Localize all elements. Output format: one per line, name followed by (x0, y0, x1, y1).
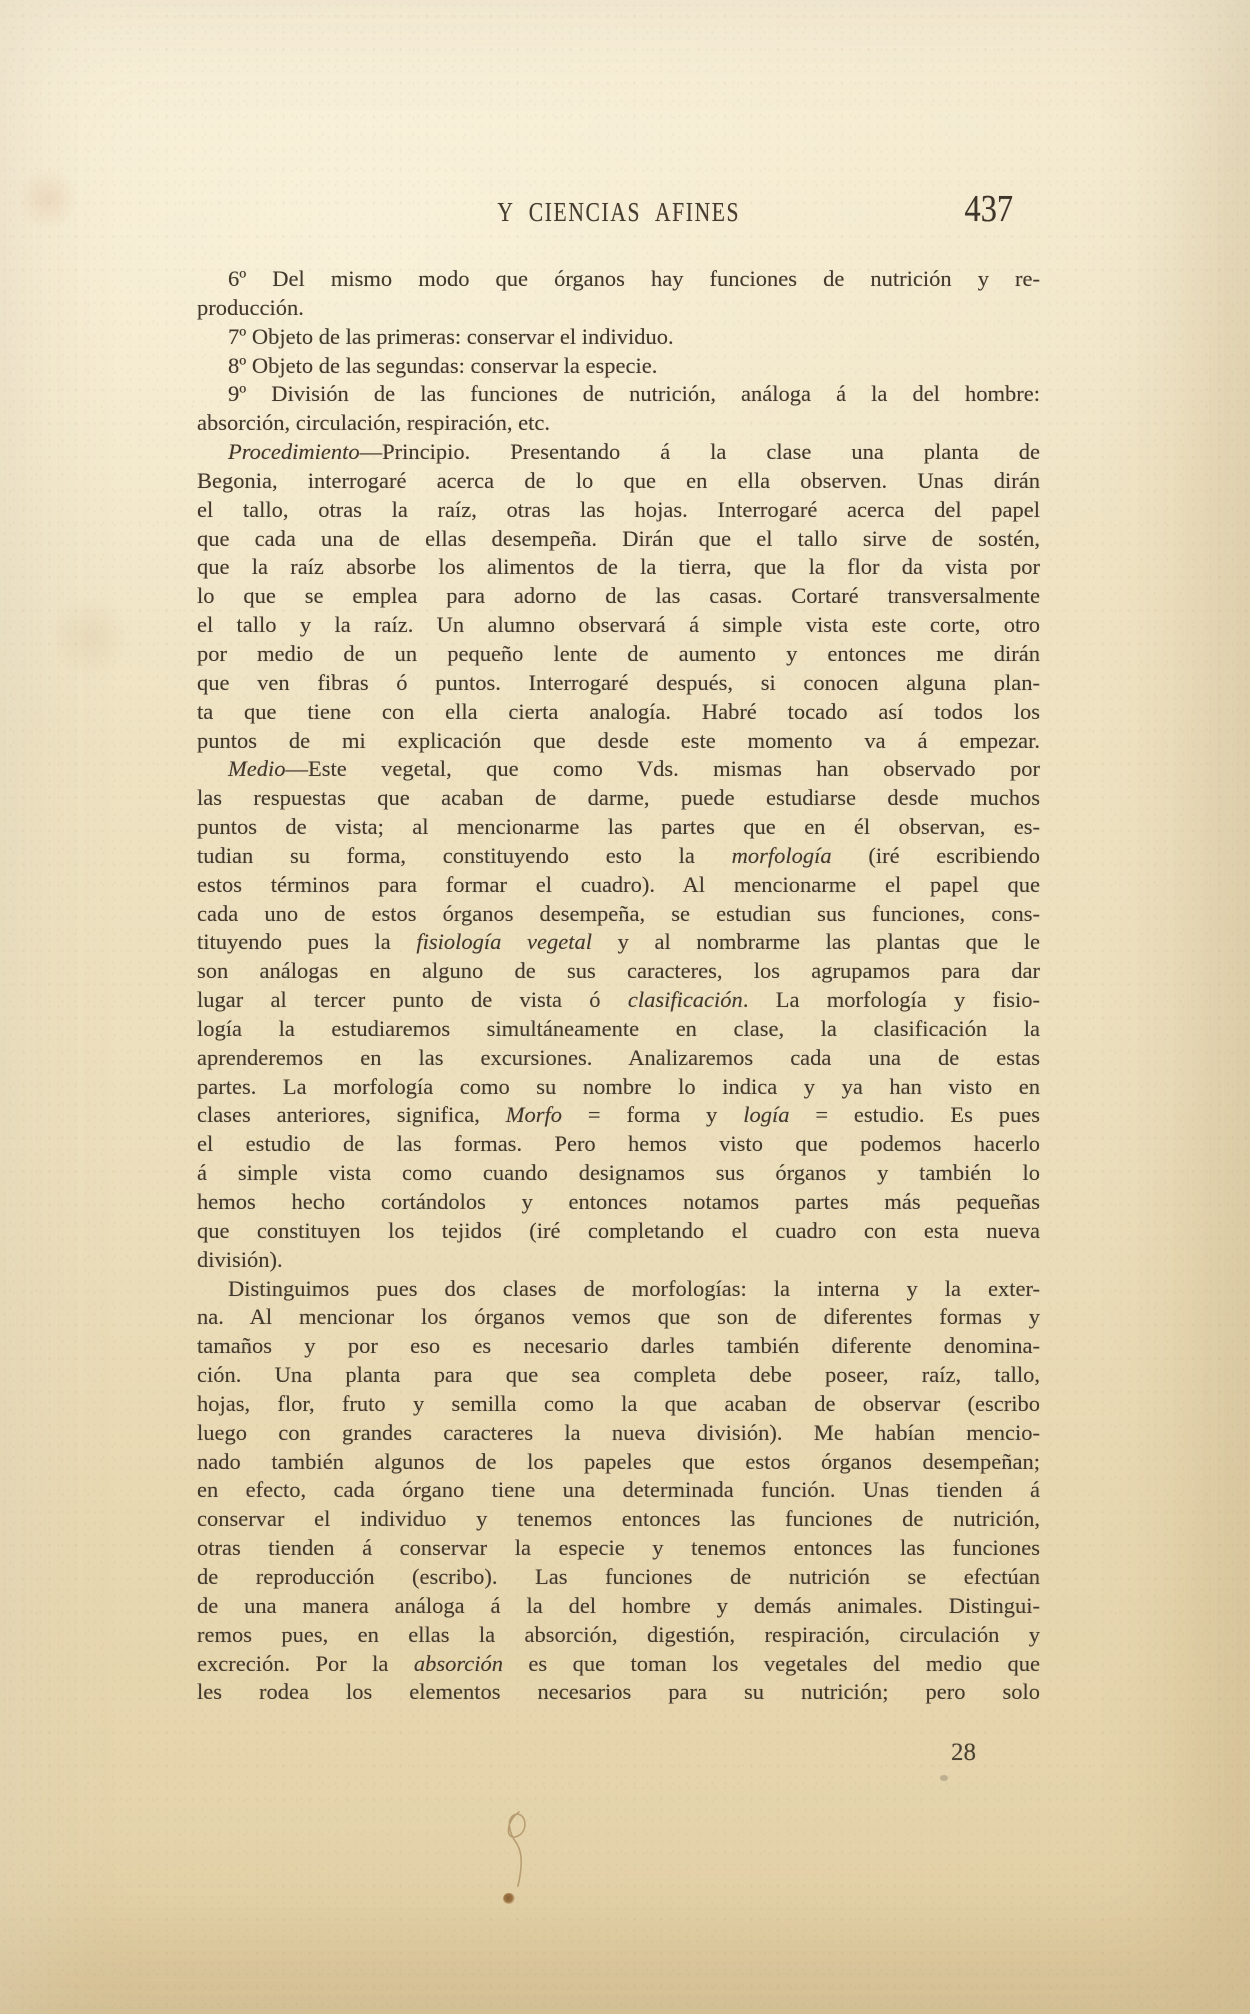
text-line: de una manera análoga á la del hombre y … (197, 1592, 1040, 1621)
text-run: por medio de un pequeño lente de aumento… (197, 641, 1040, 666)
text-run: 6º Del mismo modo que órganos hay funcio… (228, 266, 1040, 291)
text-run: Begonia, interrogaré acerca de lo que en… (197, 468, 1040, 493)
text-line: excreción. Por la absorción es que toman… (197, 1650, 1040, 1679)
paragraph: Medio—Este vegetal, que como Vds. mismas… (197, 755, 1040, 1274)
text-line: son análogas en alguno de sus caracteres… (197, 957, 1040, 986)
text-line: cada uno de estos órganos desempeña, se … (197, 900, 1040, 929)
pencil-squiggle-mark (495, 1806, 537, 1902)
text-line: por medio de un pequeño lente de aumento… (197, 640, 1040, 669)
running-title: Y CIENCIAS AFINES (197, 197, 1040, 232)
text-run: hojas, flor, fruto y semilla como la que… (197, 1391, 1040, 1416)
text-line: luego con grandes caracteres la nueva di… (197, 1419, 1040, 1448)
text-line: 8º Objeto de las segundas: conservar la … (197, 352, 1040, 381)
text-run: na. Al mencionar los órganos vemos que s… (197, 1304, 1040, 1329)
text-line: estos términos para formar el cuadro). A… (197, 871, 1040, 900)
italic-run: Morfo (506, 1102, 562, 1127)
text-run: hemos hecho cortándolos y entonces notam… (197, 1189, 1040, 1214)
text-run: conservar el individuo y tenemos entonce… (197, 1506, 1040, 1531)
italic-run: fisiología vegetal (416, 929, 592, 954)
text-line: lugar al tercer punto de vista ó clasifi… (197, 986, 1040, 1015)
text-line: el estudio de las formas. Pero hemos vis… (197, 1130, 1040, 1159)
paragraph: 7º Objeto de las primeras: conservar el … (197, 323, 1040, 352)
text-line: conservar el individuo y tenemos entonce… (197, 1505, 1040, 1534)
text-line: de reproducción (escribo). Las funciones… (197, 1563, 1040, 1592)
ink-spot (503, 1893, 515, 1904)
text-line: producción. (197, 294, 1040, 323)
text-line: aprenderemos en las excursiones. Analiza… (197, 1044, 1040, 1073)
text-line: Procedimiento—Principio. Presentando á l… (197, 438, 1040, 467)
body-text: 6º Del mismo modo que órganos hay funcio… (197, 265, 1040, 1707)
text-run: ción. Una planta para que sea completa d… (197, 1362, 1040, 1387)
text-line: puntos de mi explicación que desde este … (197, 727, 1040, 756)
text-run: de una manera análoga á la del hombre y … (197, 1593, 1040, 1618)
text-run: el tallo, otras la raíz, otras las hojas… (197, 497, 1040, 522)
text-run: que constituyen los tejidos (iré complet… (197, 1218, 1040, 1243)
text-line: en efecto, cada órgano tiene una determi… (197, 1476, 1040, 1505)
text-line: absorción, circulación, respiración, etc… (197, 409, 1040, 438)
paper-fleck (940, 1775, 948, 1781)
text-run: = estudio. Es pues (789, 1102, 1040, 1127)
text-run: y al nombrarme las plantas que le (592, 929, 1040, 954)
italic-run: Procedimiento (228, 439, 360, 464)
text-run: clases anteriores, significa, (197, 1102, 506, 1127)
text-run: el tallo y la raíz. Un alumno observará … (197, 612, 1040, 637)
text-run: nado también algunos de los papeles que … (197, 1449, 1040, 1474)
text-run: que ven fibras ó puntos. Interrogaré des… (197, 670, 1040, 695)
paragraph: 9º División de las funciones de nutrició… (197, 380, 1040, 438)
text-run: Distinguimos pues dos clases de morfolog… (228, 1276, 1040, 1301)
text-run: son análogas en alguno de sus caracteres… (197, 958, 1040, 983)
text-run: 7º Objeto de las primeras: conservar el … (228, 324, 674, 349)
text-line: el tallo, otras la raíz, otras las hojas… (197, 496, 1040, 525)
text-line: logía la estudiaremos simultáneamente en… (197, 1015, 1040, 1044)
text-run: puntos de vista; al mencionarme las part… (197, 814, 1040, 839)
text-run: el estudio de las formas. Pero hemos vis… (197, 1131, 1040, 1156)
text-run: tudian su forma, constituyendo esto la (197, 843, 732, 868)
paragraph: 6º Del mismo modo que órganos hay funcio… (197, 265, 1040, 323)
italic-run: absorción (414, 1651, 503, 1676)
text-run: aprenderemos en las excursiones. Analiza… (197, 1045, 1040, 1070)
text-line: Distinguimos pues dos clases de morfolog… (197, 1275, 1040, 1304)
text-run: tituyendo pues la (197, 929, 416, 954)
text-line: na. Al mencionar los órganos vemos que s… (197, 1303, 1040, 1332)
running-title-text: Y CIENCIAS AFINES (497, 197, 740, 227)
text-run: otras tienden á conservar la especie y t… (197, 1535, 1040, 1560)
text-line: otras tienden á conservar la especie y t… (197, 1534, 1040, 1563)
signature-mark: 28 (951, 1740, 976, 1765)
text-run: les rodea los elementos necesarios para … (197, 1679, 1040, 1704)
italic-run: morfología (732, 843, 832, 868)
text-run: excreción. Por la (197, 1651, 414, 1676)
text-line: hemos hecho cortándolos y entonces notam… (197, 1188, 1040, 1217)
text-line: Begonia, interrogaré acerca de lo que en… (197, 467, 1040, 496)
text-line: hojas, flor, fruto y semilla como la que… (197, 1390, 1040, 1419)
text-line: nado también algunos de los papeles que … (197, 1448, 1040, 1477)
italic-run: Medio (228, 756, 285, 781)
text-run: luego con grandes caracteres la nueva di… (197, 1420, 1040, 1445)
text-line: Medio—Este vegetal, que como Vds. mismas… (197, 755, 1040, 784)
text-line: que ven fibras ó puntos. Interrogaré des… (197, 669, 1040, 698)
text-run: . La morfología y fisio- (743, 987, 1040, 1012)
text-line: ta que tiene con ella cierta analogía. H… (197, 698, 1040, 727)
text-run: = forma y (562, 1102, 743, 1127)
text-run: ta que tiene con ella cierta analogía. H… (197, 699, 1040, 724)
paragraph: Distinguimos pues dos clases de morfolog… (197, 1275, 1040, 1708)
text-run: tamaños y por eso es necesario darles ta… (197, 1333, 1040, 1358)
italic-run: clasificación (628, 987, 743, 1012)
text-line: les rodea los elementos necesarios para … (197, 1678, 1040, 1707)
text-run: que cada una de ellas desempeña. Dirán q… (197, 526, 1040, 551)
text-run: —Principio. Presentando á la clase una p… (360, 439, 1040, 464)
text-line: que la raíz absorbe los alimentos de la … (197, 553, 1040, 582)
text-line: remos pues, en ellas la absorción, diges… (197, 1621, 1040, 1650)
paragraph: 8º Objeto de las segundas: conservar la … (197, 352, 1040, 381)
text-run: de reproducción (escribo). Las funciones… (197, 1564, 1040, 1589)
page-number: 437 (965, 190, 1013, 228)
text-run: lo que se emplea para adorno de las casa… (197, 583, 1040, 608)
text-run: producción. (197, 295, 304, 320)
text-run: en efecto, cada órgano tiene una determi… (197, 1477, 1040, 1502)
text-run: (iré escribiendo (832, 843, 1040, 868)
text-run: estos términos para formar el cuadro). A… (197, 872, 1040, 897)
text-line: tudian su forma, constituyendo esto la m… (197, 842, 1040, 871)
text-run: lugar al tercer punto de vista ó (197, 987, 628, 1012)
text-line: puntos de vista; al mencionarme las part… (197, 813, 1040, 842)
text-run: es que toman los vegetales del medio que (503, 1651, 1040, 1676)
text-line: 6º Del mismo modo que órganos hay funcio… (197, 265, 1040, 294)
text-run: logía la estudiaremos simultáneamente en… (197, 1016, 1040, 1041)
text-run: división). (197, 1247, 283, 1272)
book-page-scan: Y CIENCIAS AFINES 437 6º Del mismo modo … (0, 0, 1250, 2014)
text-line: partes. La morfología como su nombre lo … (197, 1073, 1040, 1102)
text-line: las respuestas que acaban de darme, pued… (197, 784, 1040, 813)
text-line: 7º Objeto de las primeras: conservar el … (197, 323, 1040, 352)
text-run: remos pues, en ellas la absorción, diges… (197, 1622, 1040, 1647)
text-run: cada uno de estos órganos desempeña, se … (197, 901, 1040, 926)
text-run: puntos de mi explicación que desde este … (197, 728, 1040, 753)
paper-smudge (55, 590, 125, 685)
text-line: división). (197, 1246, 1040, 1275)
italic-run: logía (743, 1102, 789, 1127)
text-line: que constituyen los tejidos (iré complet… (197, 1217, 1040, 1246)
text-run: partes. La morfología como su nombre lo … (197, 1074, 1040, 1099)
text-line: ción. Una planta para que sea completa d… (197, 1361, 1040, 1390)
text-run: á simple vista como cuando designamos su… (197, 1160, 1040, 1185)
text-line: lo que se emplea para adorno de las casa… (197, 582, 1040, 611)
text-run: las respuestas que acaban de darme, pued… (197, 785, 1040, 810)
text-line: á simple vista como cuando designamos su… (197, 1159, 1040, 1188)
text-line: clases anteriores, significa, Morfo = fo… (197, 1101, 1040, 1130)
text-line: 9º División de las funciones de nutrició… (197, 380, 1040, 409)
text-run: —Este vegetal, que como Vds. mismas han … (285, 756, 1040, 781)
text-line: el tallo y la raíz. Un alumno observará … (197, 611, 1040, 640)
text-run: 8º Objeto de las segundas: conservar la … (228, 353, 657, 378)
text-run: que la raíz absorbe los alimentos de la … (197, 554, 1040, 579)
text-line: que cada una de ellas desempeña. Dirán q… (197, 525, 1040, 554)
text-run: 9º División de las funciones de nutrició… (228, 381, 1040, 406)
paragraph: Procedimiento—Principio. Presentando á l… (197, 438, 1040, 755)
text-line: tamaños y por eso es necesario darles ta… (197, 1332, 1040, 1361)
text-run: absorción, circulación, respiración, etc… (197, 410, 550, 435)
paper-smudge (18, 168, 78, 230)
text-line: tituyendo pues la fisiología vegetal y a… (197, 928, 1040, 957)
